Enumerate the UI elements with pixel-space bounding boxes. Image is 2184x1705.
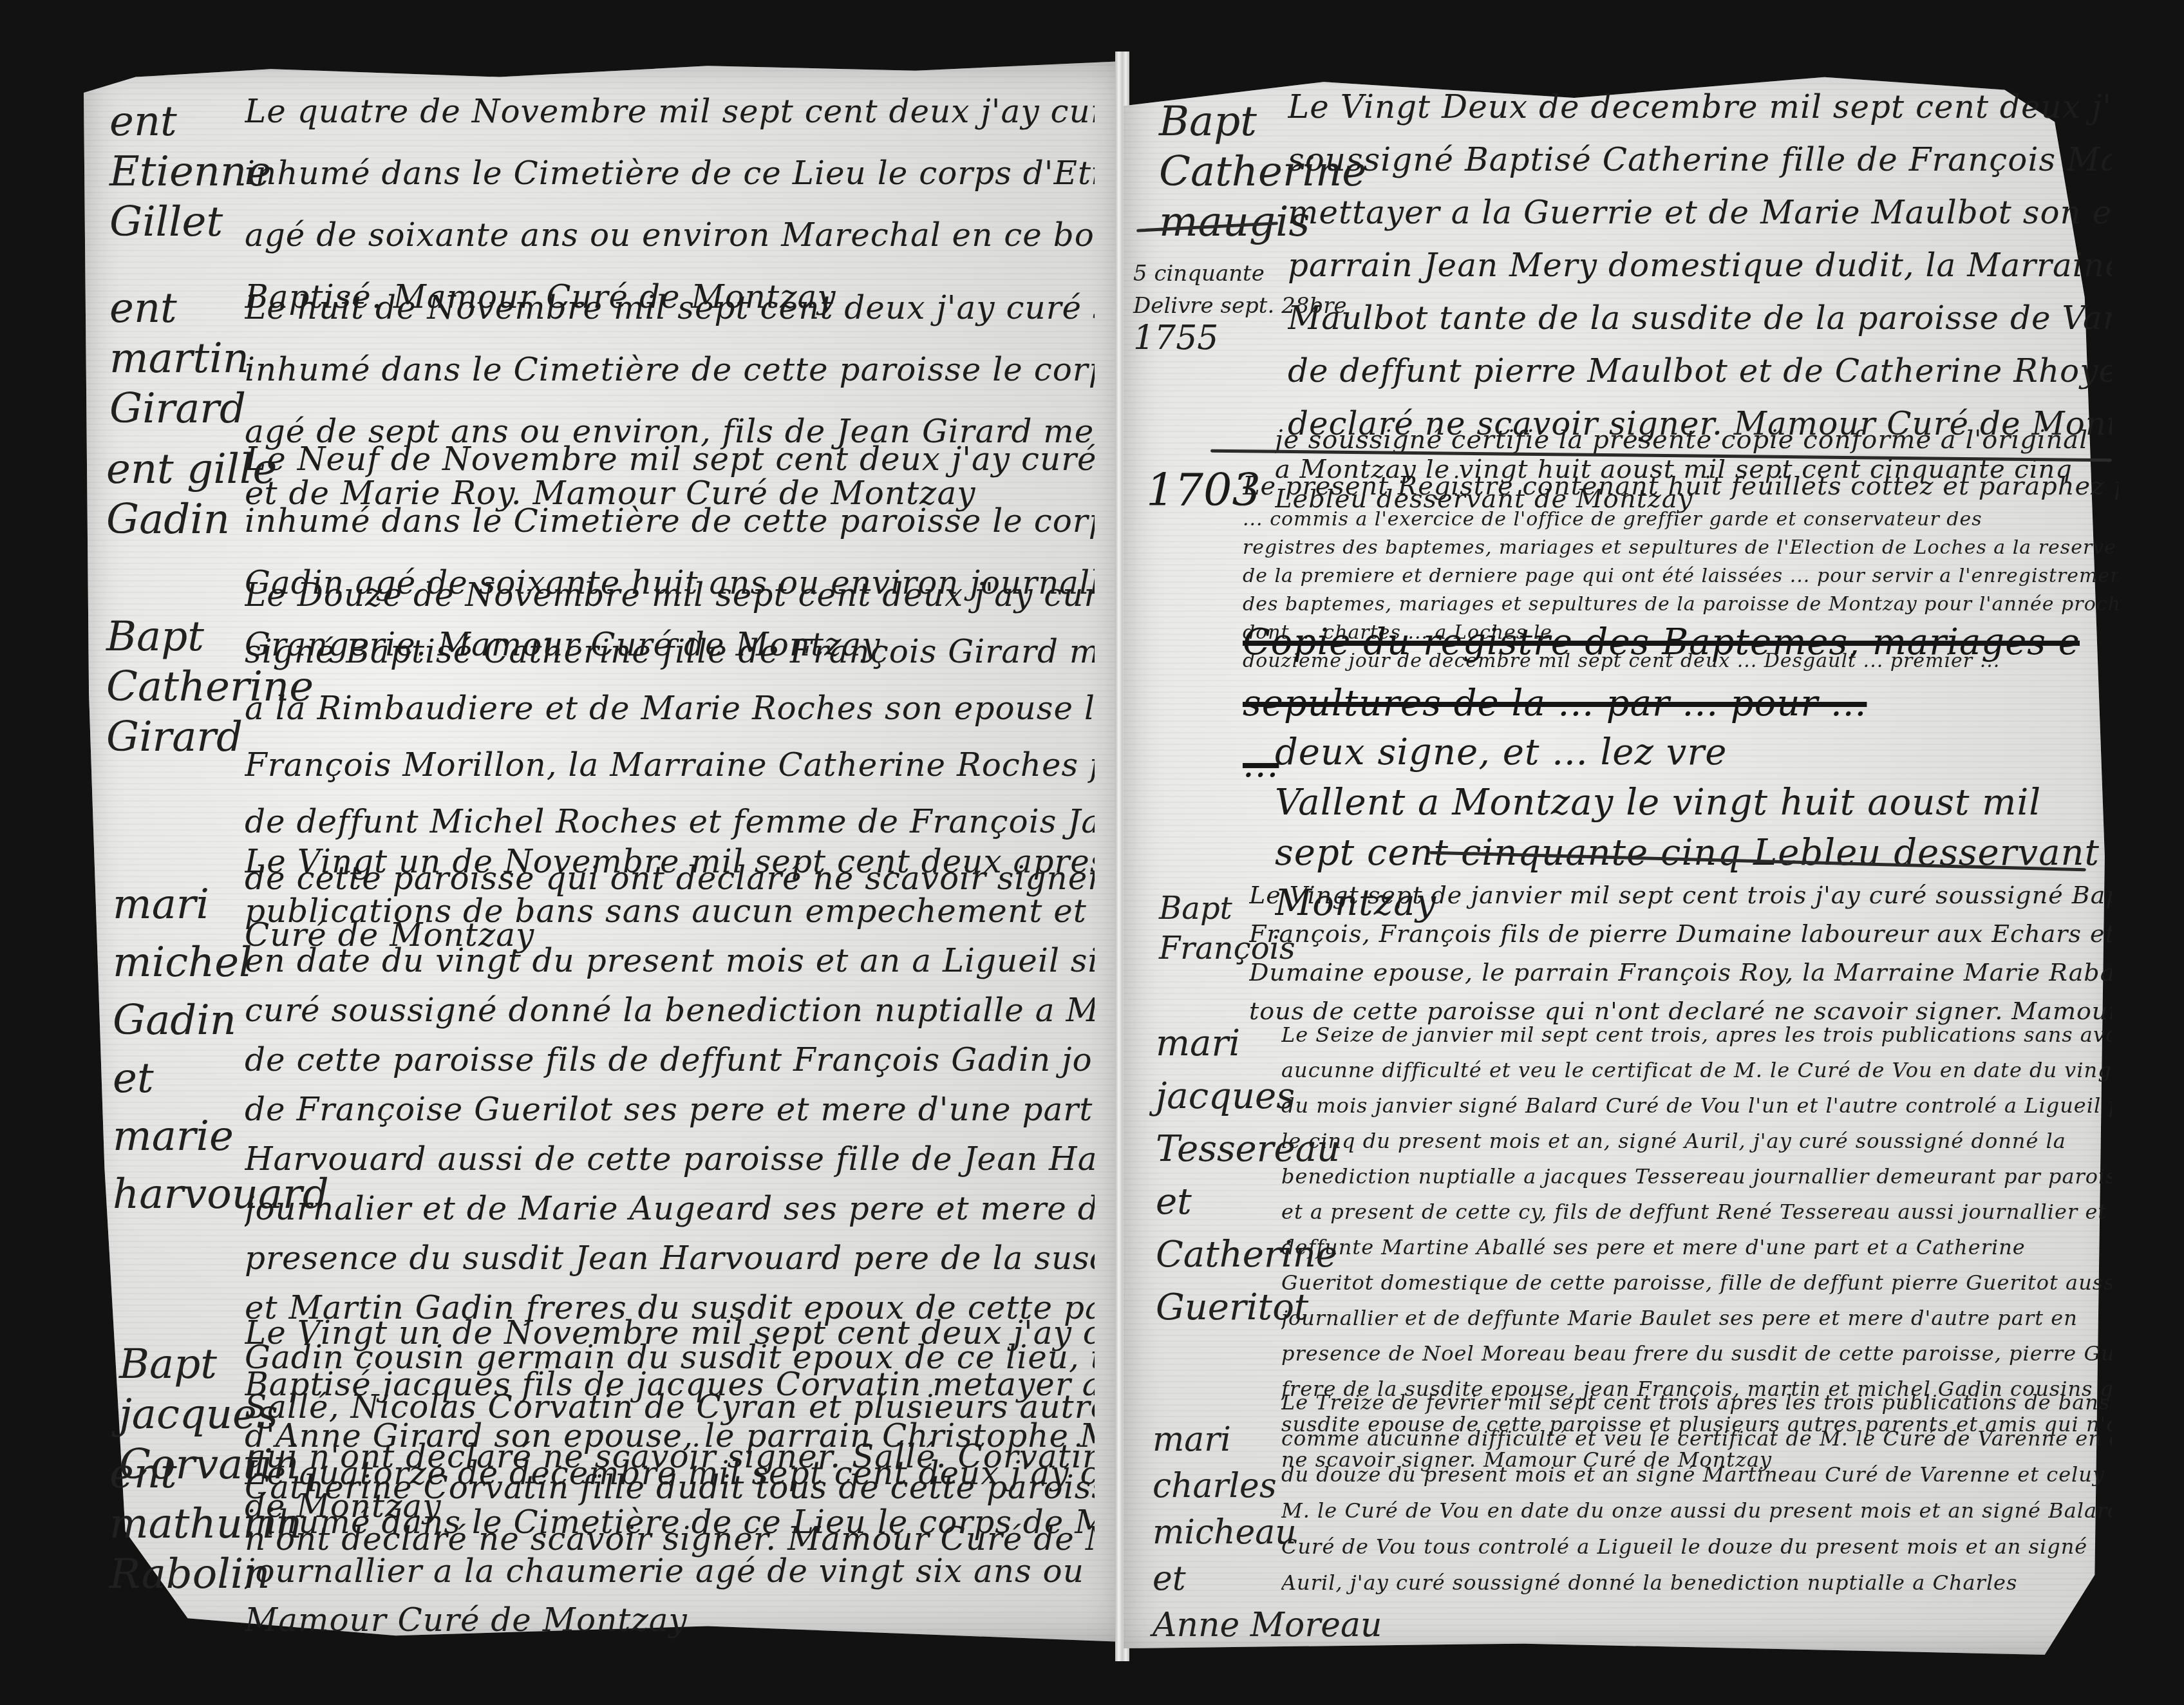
register-entry: Le Vingt sept de janvier mil sept cent t… [1249, 876, 2112, 1030]
margin-note-date: 5 cinquante Delivre sept. 28bre 1755 [1133, 258, 1347, 354]
register-entry: Le Treize de fevrier mil sept cent trois… [1281, 1384, 2112, 1601]
register-entry: Le Vingt Deux de decembre mil sept cent … [1288, 80, 2112, 450]
register-entry: Le quatorze de decembre mil sept cent de… [245, 1449, 1095, 1644]
margin-note: ent martin Girard [109, 283, 249, 434]
